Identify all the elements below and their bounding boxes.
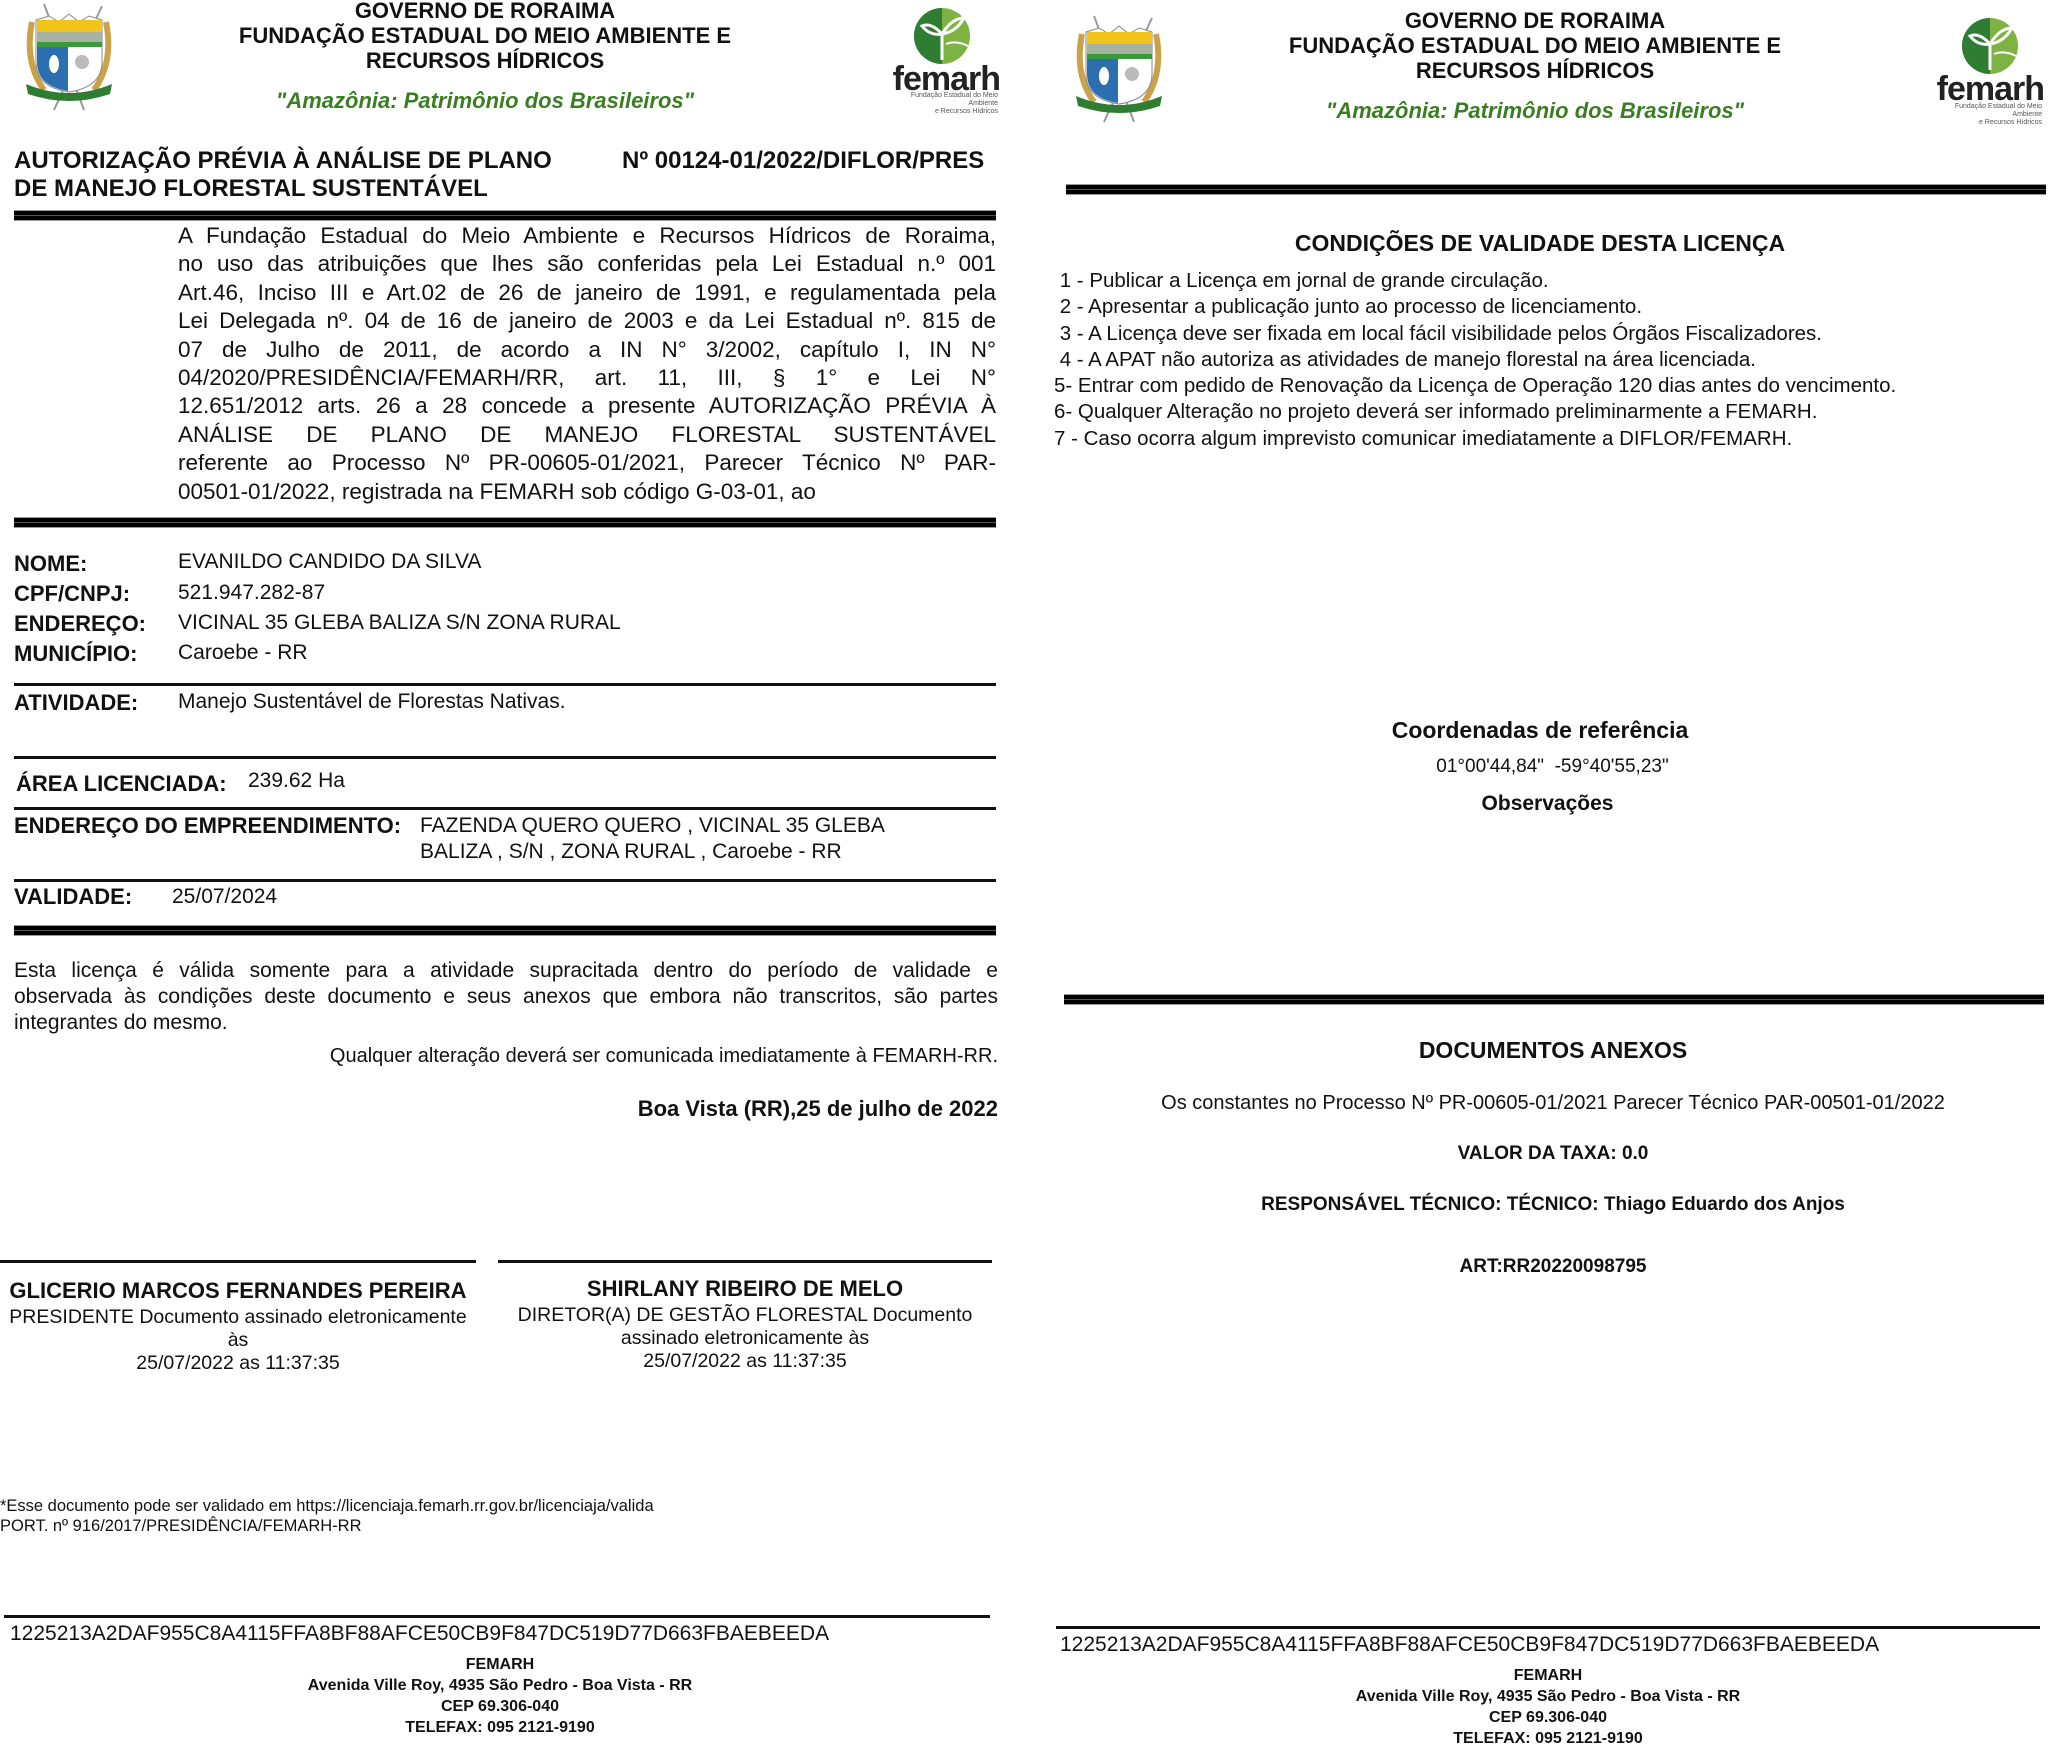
holder-municipality: Caroebe - RR [178, 641, 308, 665]
signature-line [498, 1260, 992, 1263]
place-date: Boa Vista (RR),25 de julho de 2022 [14, 1096, 998, 1122]
divider [14, 756, 996, 759]
municipio-label: MUNICÍPIO: [14, 641, 137, 667]
validade-label: VALIDADE: [14, 884, 132, 910]
footer-address-block: FEMARH Avenida Ville Roy, 4935 São Pedro… [0, 1654, 1000, 1738]
signer-name: GLICERIO MARCOS FERNANDES PEREIRA [0, 1276, 476, 1306]
signer-name: SHIRLANY RIBEIRO DE MELO [498, 1274, 992, 1304]
cpf-label: CPF/CNPJ: [14, 581, 130, 607]
divider [14, 807, 996, 810]
header-government: GOVERNO DE RORAIMA [200, 0, 770, 23]
footer-address-block: FEMARH Avenida Ville Roy, 4935 São Pedro… [1048, 1665, 2048, 1745]
divider [1056, 1626, 2040, 1629]
nome-label: NOME: [14, 551, 87, 577]
divider [1066, 184, 2046, 195]
art-number: ART:RR20220098795 [1060, 1256, 2046, 1278]
activity-value: Manejo Sustentável de Florestas Nativas. [178, 690, 566, 714]
divider [1064, 994, 2044, 1005]
area-label: ÁREA LICENCIADA: [16, 771, 227, 797]
divider [4, 1615, 990, 1618]
condition-item: 3 - A Licença deve ser fixada em local f… [1054, 321, 2044, 347]
annex-title: DOCUMENTOS ANEXOS [1060, 1037, 2046, 1064]
technical-responsible: RESPONSÁVEL TÉCNICO: TÉCNICO: Thiago Edu… [1060, 1194, 2046, 1216]
coords-title: Coordenadas de referência [1290, 717, 1790, 744]
divider [14, 210, 996, 221]
signature-director: SHIRLANY RIBEIRO DE MELO DIRETOR(A) DE G… [498, 1274, 992, 1373]
validation-url-text: *Esse documento pode ser validado em htt… [0, 1496, 654, 1516]
document-hash: 1225213A2DAF955C8A4115FFA8BF88AFCE50CB9F… [10, 1622, 829, 1646]
holder-cpf: 521.947.282-87 [178, 581, 325, 605]
condition-item: 7 - Caso ocorra algum imprevisto comunic… [1054, 426, 2044, 452]
condition-item: 1 - Publicar a Licença em jornal de gran… [1054, 268, 2044, 294]
header-foundation: FUNDAÇÃO ESTADUAL DO MEIO AMBIENTE E [200, 23, 770, 48]
condition-item: 5- Entrar com pedido de Renovação da Lic… [1054, 373, 2044, 399]
header-motto: "Amazônia: Patrimônio dos Brasileiros" [200, 88, 770, 114]
text-line: ANÁLISE DE PLANO DE MANEJO FLORESTAL SUS… [178, 421, 996, 449]
validation-note: *Esse documento pode ser validado em htt… [0, 1496, 654, 1536]
header-foundation: FUNDAÇÃO ESTADUAL DO MEIO AMBIENTE E [1250, 33, 1820, 58]
text-line: 07 de Julho de 2011, de acordo a IN N° 3… [178, 336, 996, 364]
fee-value: VALOR DA TAXA: 0.0 [1060, 1143, 2046, 1165]
document-title: AUTORIZAÇÃO PRÉVIA À ANÁLISE DE PLANO DE… [14, 147, 552, 203]
text-line: integrantes do mesmo. [14, 1010, 998, 1036]
enterprise-address: FAZENDA QUERO QUERO , VICINAL 35 GLEBA B… [420, 813, 885, 865]
text-line: Art.46, Inciso III e Art.02 de 26 de jan… [178, 279, 996, 307]
validity-date: 25/07/2024 [172, 885, 277, 909]
divider [14, 879, 996, 882]
conditions-list: 1 - Publicar a Licença em jornal de gran… [1054, 268, 2044, 452]
endereco-label: ENDEREÇO: [14, 611, 146, 637]
header-motto: "Amazônia: Patrimônio dos Brasileiros" [1250, 98, 1820, 124]
atividade-label: ATIVIDADE: [14, 690, 138, 716]
signature-president: GLICERIO MARCOS FERNANDES PEREIRA PRESID… [0, 1276, 476, 1375]
portaria-text: PORT. nº 916/2017/PRESIDÊNCIA/FEMARH-RR [0, 1516, 654, 1536]
text-line: 04/2020/PRESIDÊNCIA/FEMARH/RR, art. 11, … [178, 364, 996, 392]
observations-title: Observações [1290, 792, 1805, 816]
header-government: GOVERNO DE RORAIMA [1250, 8, 1820, 33]
divider [14, 925, 996, 936]
empreendimento-label: ENDEREÇO DO EMPREENDIMENTO: [14, 813, 401, 839]
femarh-brand-subtitle: Fundação Estadual do Meio Ambiente e Rec… [880, 92, 998, 116]
text-line: 00501-01/2022, registrada na FEMARH sob … [178, 478, 996, 506]
condition-item: 6- Qualquer Alteração no projeto deverá … [1054, 399, 2044, 425]
text-line: Esta licença é válida somente para a ati… [14, 958, 998, 984]
roraima-coat-of-arms-icon [14, 2, 124, 112]
validity-paragraph: Esta licença é válida somente para a ati… [14, 958, 998, 1036]
change-notice: Qualquer alteração deverá ser comunicada… [14, 1045, 998, 1068]
condition-item: 2 - Apresentar a publicação junto ao pro… [1054, 294, 2044, 320]
coords-value: 01°00'44,84" -59°40'55,23" [1290, 756, 1815, 778]
preamble-paragraph: A Fundação Estadual do Meio Ambiente e R… [178, 222, 996, 506]
condition-item: 4 - A APAT não autoriza as atividades de… [1054, 347, 2044, 373]
roraima-coat-of-arms-icon [1064, 14, 1174, 124]
licensed-area: 239.62 Ha [248, 769, 345, 793]
conditions-title: CONDIÇÕES DE VALIDADE DESTA LICENÇA [1040, 230, 2040, 257]
annex-text: Os constantes no Processo Nº PR-00605-01… [1060, 1092, 2046, 1115]
text-line: A Fundação Estadual do Meio Ambiente e R… [178, 222, 996, 250]
text-line: referente ao Processo Nº PR-00605-01/202… [178, 449, 996, 477]
holder-name: EVANILDO CANDIDO DA SILVA [178, 550, 481, 574]
text-line: Lei Delegada nº. 04 de 16 de janeiro de … [178, 307, 996, 335]
femarh-brand-subtitle: Fundação Estadual do Meio Ambiente e Rec… [1926, 103, 2042, 127]
header-resources: RECURSOS HÍDRICOS [200, 48, 770, 73]
document-number: Nº 00124-01/2022/DIFLOR/PRES [622, 147, 984, 175]
header-resources: RECURSOS HÍDRICOS [1250, 58, 1820, 83]
divider [14, 683, 996, 686]
holder-address: VICINAL 35 GLEBA BALIZA S/N ZONA RURAL [178, 611, 621, 635]
document-hash: 1225213A2DAF955C8A4115FFA8BF88AFCE50CB9F… [1060, 1633, 1879, 1657]
text-line: observada às condições deste documento e… [14, 984, 998, 1010]
divider [14, 517, 996, 528]
signature-line [0, 1260, 476, 1263]
text-line: 12.651/2012 arts. 26 a 28 concede a pres… [178, 392, 996, 420]
text-line: no uso das atribuições que lhes são conf… [178, 250, 996, 278]
